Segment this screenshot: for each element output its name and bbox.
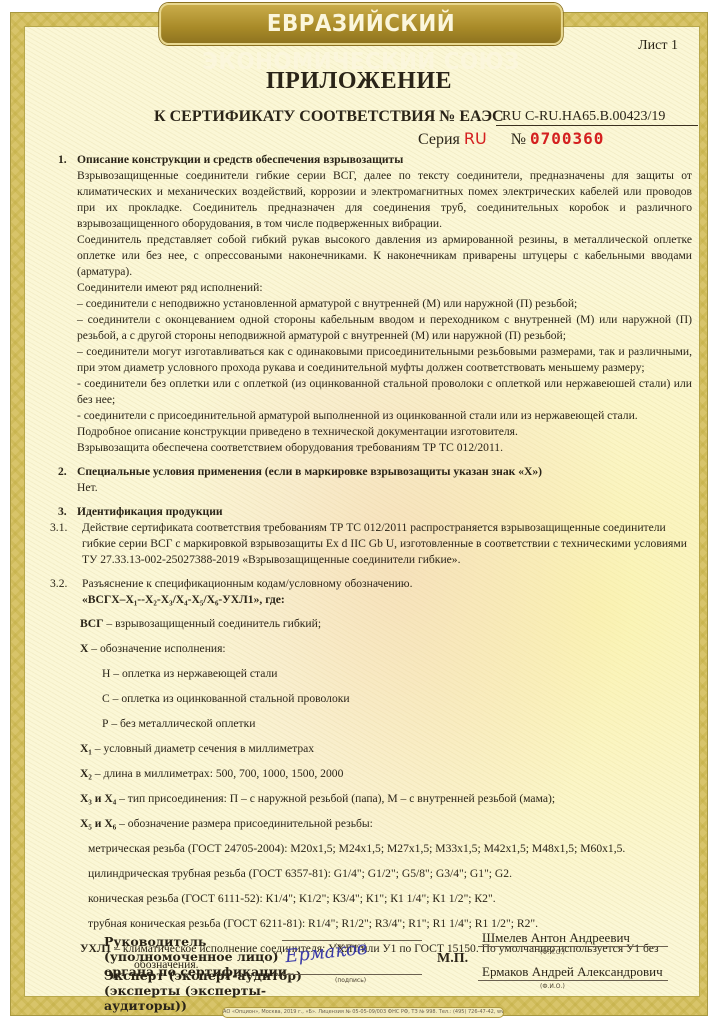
legend-text: – обозначение размера присоединительной … — [116, 817, 373, 830]
legend-option: С – оплетка из оцинкованной стальной про… — [80, 691, 692, 707]
list-item: – соединители могут изготавливаться как … — [77, 344, 692, 376]
legend-key: Х₃ и Х₄ — [80, 792, 116, 805]
legend-text: – обозначение исполнения: — [88, 642, 225, 655]
list-item: - соединители с присоединительной армату… — [77, 408, 692, 424]
document-body: 1. Описание конструкции и средств обеспе… — [58, 152, 692, 973]
paragraph: Соединитель представляет собой гибкий ру… — [77, 232, 692, 280]
subsection-3-2: 3.2. Разъяснение к спецификационным кода… — [50, 576, 692, 608]
legend-text: – тип присоединения: П – с наружной резь… — [116, 792, 555, 805]
head-name: Шмелев Антон Андреевич — [482, 930, 630, 946]
paragraph: Подробное описание конструкции приведено… — [77, 424, 692, 440]
legend-key: Х₁ — [80, 742, 92, 755]
paragraph: Действие сертификата соответствия требов… — [82, 520, 692, 568]
legend-option: Н – оплетка из нержавеющей стали — [80, 666, 692, 682]
union-banner: ЕВРАЗИЙСКИЙ ЭКОНОМИЧЕСКИЙ СОЮЗ — [159, 3, 563, 45]
legend-text: – взрывозащищенный соединитель гибкий; — [103, 617, 321, 630]
list-item: – соединители с неподвижно установленной… — [77, 296, 692, 312]
designation-code: «ВСГХ–Х₁--Х₂-Х₃/Х₄-Х₅/Х₆-УХЛ1», где: — [82, 592, 692, 608]
name-line-head — [478, 946, 668, 947]
sheet-number: Лист 1 — [638, 38, 678, 54]
list-item: – соединители с оконцеванием одной сторо… — [77, 312, 692, 344]
section-3: 3. Идентификация продукции — [58, 504, 692, 520]
name-caption: (Ф.И.О.) — [540, 949, 565, 956]
certificate-number: RU C-RU.НА65.В.00423/19 — [496, 109, 698, 126]
certificate-subtitle: К СЕРТИФИКАТУ СООТВЕТСТВИЯ № ЕАЭС — [154, 108, 504, 126]
legend-key: Х₂ — [80, 767, 92, 780]
stamp-place: М.П. — [437, 951, 468, 967]
list-item: - соединители без оплетки или с оплеткой… — [77, 376, 692, 408]
number-value: 0700360 — [530, 129, 604, 148]
name-line-expert — [478, 980, 668, 981]
legend-key: Х₅ и Х₆ — [80, 817, 116, 830]
paragraph: Нет. — [77, 480, 692, 496]
section-heading: Описание конструкции и средств обеспечен… — [77, 152, 692, 168]
section-number: 1. — [58, 152, 67, 168]
subsection-number: 3.2. — [50, 576, 67, 592]
paragraph: Соединители имеют ряд исполнений: — [77, 280, 692, 296]
thread-conic: коническая резьба (ГОСТ 6111-52): К1/4";… — [80, 891, 692, 907]
code-legend: ВСГ – взрывозащищенный соединитель гибки… — [58, 616, 692, 973]
section-heading: Идентификация продукции — [77, 504, 692, 520]
legend-key: ВСГ — [80, 617, 103, 630]
paragraph: Взрывозащищенные соединители гибкие сери… — [77, 168, 692, 232]
number-label: № — [511, 131, 526, 148]
signature-caption: (подпись) — [335, 977, 366, 984]
section-2: 2. Специальные условия применения (если … — [58, 464, 692, 496]
series-value: RU — [464, 129, 487, 148]
legend-option: Р – без металлической оплетки — [80, 716, 692, 732]
series-label: Серия — [418, 131, 460, 148]
subsection-3-1: 3.1. Действие сертификата соответствия т… — [50, 520, 692, 568]
section-number: 2. — [58, 464, 67, 480]
paragraph: Взрывозащита обеспечена соответствием об… — [77, 440, 692, 456]
paragraph: Разъяснение к спецификационным кодам/усл… — [82, 576, 692, 592]
section-number: 3. — [58, 504, 67, 520]
section-1: 1. Описание конструкции и средств обеспе… — [58, 152, 692, 456]
subsection-number: 3.1. — [50, 520, 67, 536]
thread-metric: метрическая резьба (ГОСТ 24705-2004): М2… — [80, 841, 692, 857]
legend-text: – длина в миллиметрах: 500, 700, 1000, 1… — [92, 767, 344, 780]
signature-line-expert — [282, 974, 422, 975]
name-caption: (Ф.И.О.) — [540, 983, 565, 990]
expert-name: Ермаков Андрей Александрович — [482, 964, 663, 980]
legend-text: – условный диаметр сечения в миллиметрах — [92, 742, 314, 755]
page-title: ПРИЛОЖЕНИЕ — [0, 68, 718, 95]
series-line: Серия RU № 0700360 — [418, 129, 604, 149]
section-heading: Специальные условия применения (если в м… — [77, 464, 692, 480]
thread-cylindrical: цилиндрическая трубная резьба (ГОСТ 6357… — [80, 866, 692, 882]
printer-footer: АО «Опцион», Москва, 2019 г., «Б». Лицен… — [222, 1007, 504, 1018]
